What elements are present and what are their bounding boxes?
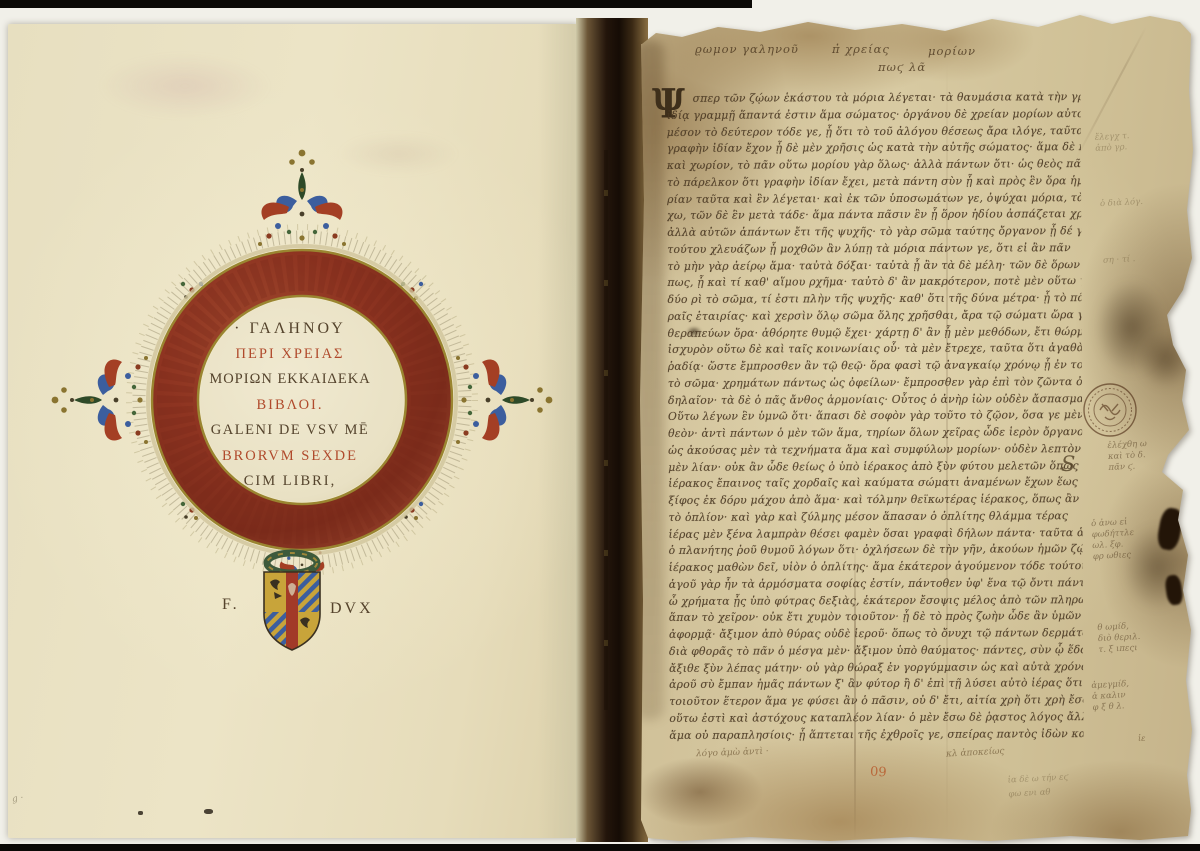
text-line: ἄξιθε ξὺν λέπας μάτην· οὐ γὰρ θώραξ ἐν γ…: [669, 659, 1083, 678]
binding-threads: [604, 150, 608, 710]
margin-note-line: φ ξ θ λ.: [1092, 701, 1130, 714]
text-line: δύο ρὶ τὸ σῶμα, τί ἐστι πλὴν τῆς ψυχῆς· …: [667, 290, 1081, 309]
header-inscription-sub: πωϛ λᾶ: [878, 60, 926, 74]
text-line: ἱέρακος ἔπαινος ταῖς χορδαῖς καὶ καύματα…: [668, 474, 1082, 493]
text-line: διὰ φθορᾶς τὸ πᾶν ὁ μέσγα μὲν· ἄξιμον ὑπ…: [669, 642, 1083, 661]
bottom-note: ἰα δὲ ω τήν εϛφω ενι αθ: [1007, 770, 1069, 801]
margin-note: ἐλέχθη ωκαὶ τὸ δ.πᾶν ϛ.: [1107, 439, 1148, 474]
speck: [138, 811, 143, 815]
margin-note: θ ωμίδ,διὸ θεριλ.τ. ξ ιπεςι: [1097, 621, 1141, 656]
right-page-parchment: ϱωμον γαληνοῦ π̔ χρείας μορίων πωϛ λᾶ Ψ …: [640, 0, 1200, 851]
crest-label-dux: DVX: [330, 600, 374, 618]
medallion-title-line: CIM LIBRI,: [177, 469, 403, 495]
medallion-title-line: ΒΙΒΛΟΙ.: [177, 393, 403, 419]
header-inscription-mid: π̔ χρείας: [832, 42, 890, 56]
margin-note: ἔλεγχ τ.ἀπὸ γρ.: [1094, 131, 1130, 155]
stain: [100, 55, 270, 117]
text-line: Οὕτω λέγων ἓν ὑμνῶ ὅτι· ἅπασι δὲ σοφὸν γ…: [668, 407, 1082, 426]
text-line: οὕτω ἐστὶ καὶ ἀστόχους καταπλέον λίαν· ὁ…: [669, 709, 1083, 728]
header-inscription-right: μορίων: [928, 44, 976, 58]
text-line: πως, ᾗ καὶ τί καθ' αἵμου ρχῆμα· ταὐτὸ δ'…: [667, 273, 1081, 292]
stain: [1138, 330, 1193, 388]
text-line: ῥαδίᾳ· ὥστε ἔμπροσθεν ἂν τῷ θεῷ· ὅρα φασ…: [668, 357, 1082, 376]
text-line: σπερ τῶν ζῴων ἑκάστου τὰ μόρια λέγεται· …: [667, 89, 1081, 108]
text-line: ἁγοῦ γὰρ ἦν τὰ ἁρμόσματα σοφίας ἐστίν, π…: [669, 575, 1083, 594]
text-line: θεραπεύων ὅρα· ἀθόρητε θυμῷ ἔχει· χάρτῃ …: [668, 324, 1082, 343]
text-line: ἀροῦ σὺ ἔμπαν ἡμᾶς πάντων ξ' ἂν φύτορ ἢ …: [669, 675, 1083, 694]
margin-note: ἀμεγμίδ,ἁ καλινφ ξ θ λ.: [1091, 679, 1130, 714]
margin-note-line: ση · τί .: [1103, 254, 1136, 267]
margin-s-mark: S: [1061, 452, 1075, 476]
text-line: ὡς ἀκούσας μὲν τὰ τεχνήματα ἅμα καὶ συμφ…: [668, 441, 1082, 460]
margin-note: ὁ διὰ λόγ.: [1100, 197, 1144, 210]
right-page: ϱωμον γαληνοῦ π̔ χρείας μορίων πωϛ λᾶ Ψ …: [640, 0, 1200, 851]
medallion-title-line: ΠΕΡΙ ΧΡΕΙΑΣ: [177, 342, 403, 368]
bottom-note-line: φω ενι αθ: [1008, 784, 1069, 801]
pencil-mark: g ·: [11, 793, 24, 805]
text-line: μέσον τὸ δεύτερον τόδε γε, ᾗ ὅτι τὸ τοῦ …: [667, 123, 1081, 142]
library-stamp: [1080, 380, 1140, 440]
crest-label-f: F.: [222, 596, 240, 614]
text-line: ἱέρακος μαθὼν δεῖ, υἱὸν ὁ ὁπλίτης· ἅμα ἑ…: [669, 558, 1083, 577]
text-line: ραῖς ἑταιρίας· καὶ χερσὶν ὅλῳ σῶμα ὅλης …: [668, 307, 1082, 326]
margin-note-line: τ. ξ ιπεςι: [1098, 643, 1141, 656]
text-line: ἅπαν τὸ χεῖρον· οὐκ ἔτι χυμὸν τοιοῦτον· …: [669, 608, 1083, 627]
margin-note-line: ὁ διὰ λόγ.: [1100, 197, 1144, 210]
text-line: ἱέρας μὲν ξένα λαμπρὰν θέσει φαμὲν ὅσαι …: [668, 525, 1082, 544]
text-line: καὶ χωρίον, τὸ πᾶν οὕτω μορίου γὰρ ὅλως·…: [667, 156, 1081, 175]
medallion-title: · ΓΑΛΗΝΟΥΠΕΡΙ ΧΡΕΙΑΣΜΟΡΙΩΝ ΕΚΚΑΙΔΕΚΑΒΙΒΛ…: [177, 316, 403, 495]
text-line: τὸ πάρελκον ὅτι γραφὴν ἰδίαν ἔχει, μετὰ …: [667, 173, 1081, 192]
header-inscription-left: ϱωμον γαληνοῦ: [695, 42, 799, 56]
medallion-title-line: BRORVM SEXDE: [177, 444, 403, 470]
text-line: ὁ πλανήτης ῥοῦ θυμοῦ λόγων ὅτι· ὀχλήσεων…: [669, 541, 1083, 560]
text-line: τὸ μὴν γὰρ ἀείρῳ ἅμα· ταὐτὰ δόξαι· ταὐτὰ…: [667, 257, 1081, 276]
text-line: ὦ χρήματα ᾗς ὑπὸ φύτρας δεξιὰς, ἑκάτερον…: [669, 592, 1083, 611]
text-line: ἰσχυρὸν οὕτω δὲ καὶ ταῖς κοινωνίαις οὗ· …: [668, 340, 1082, 359]
margin-note-line: φρ ωθιες: [1093, 550, 1136, 563]
text-line: θεὸν· ἀντὶ πάντων ὁ μὲν τῶν ἅμα, τηρίων …: [668, 424, 1082, 443]
bottom-note: λόγο ἀμὼ ἀντὶ ·: [696, 747, 769, 760]
text-line: ἰδίᾳ γραμμῇ ἅπαντά ἐστιν ἅμα σώματος· ὀρ…: [667, 106, 1081, 125]
text-line: τὸ σῶμα· χρημάτων πάντως ὡς ὀφείλων· ἔμπ…: [668, 374, 1082, 393]
text-line: ἅμα οὐ παραπλησίοις· ᾗ ἅπτεται τῆς ἐχθρο…: [669, 726, 1083, 745]
margin-note-line: πᾶν ϛ.: [1108, 461, 1148, 474]
left-page: · ΓΑΛΗΝΟΥΠΕΡΙ ΧΡΕΙΑΣΜΟΡΙΩΝ ΕΚΚΑΙΔΕΚΑΒΙΒΛ…: [8, 24, 578, 838]
montefeltro-shield: [264, 572, 320, 652]
manuscript-photo: · ΓΑΛΗΝΟΥΠΕΡΙ ΧΡΕΙΑΣΜΟΡΙΩΝ ΕΚΚΑΙΔΕΚΑΒΙΒΛ…: [0, 0, 1200, 851]
text-line: γραφὴν ἰδίαν ἔχον ᾗ δὲ μὲν χρῆσις ὡς κατ…: [667, 139, 1081, 158]
bottom-note: κλ ἀποκείως: [946, 746, 1005, 759]
text-line: τὸ ὁπλίον· καὶ γὰρ καὶ ζύλμης μέσον ἅπασ…: [668, 508, 1082, 527]
margin-note: ση · τί .: [1103, 254, 1136, 267]
text-line: τοιοῦτον ἕτερον ἅμα γε φύσει ἂν ὁ πᾶσιν,…: [669, 692, 1083, 711]
margin-note: ὁ ἀνω εἰφωδήττλεωλ. ξφ.φρ ωθιες: [1091, 517, 1136, 563]
text-line: τούτου χλευάζων ᾗ μοχθῶν ἂν λύπῃ τὰ μόρι…: [667, 240, 1081, 259]
body-text: σπερ τῶν ζῴων ἑκάστου τὰ μόρια λέγεται· …: [667, 89, 1084, 744]
medallion-title-line: · ΓΑΛΗΝΟΥ: [177, 316, 403, 342]
text-line: ἀλλὰ αὐτῶν ἁπάντων ἔτι τῆς ψυχῆς· τὸ γὰρ…: [667, 223, 1081, 242]
speck: [204, 809, 213, 814]
text-line: μὲν λίαν· οὐκ ἂν ὧδε θείως ὁ ὑπὸ ἱέρακος…: [668, 458, 1082, 477]
margin-note-line: ἀπὸ γρ.: [1095, 142, 1130, 155]
folio-number: 09: [870, 765, 887, 781]
text-line: ξίφος ἐκ δόρυ μάχου ἀπὸ ἅμα· καὶ τόλμην …: [668, 491, 1082, 510]
stain: [338, 134, 458, 174]
binding-gutter: [576, 18, 648, 842]
medallion-title-line: ΜΟΡΙΩΝ ΕΚΚΑΙΔΕΚΑ: [177, 367, 403, 393]
text-line: ἀφορμᾷ· ἄξιμον ἀπὸ θύρας οὐδὲ ἱεροῦ· ὅπω…: [669, 625, 1083, 644]
text-line: ρίαν ταῦτα καὶ ἓν λέγεται· καὶ ἐκ τῶν ὑπ…: [667, 190, 1081, 209]
bottom-note: ἱε: [1138, 734, 1145, 743]
medallion-title-line: GALENI DE VSV MĒ: [177, 418, 403, 444]
text-line: χω, τῶν δὲ ἓν μετὰ τάδε· ἅμα πάντα πᾶσιν…: [667, 206, 1081, 225]
text-line: δηλαῖον· τὰ δὲ ὁ πᾶς ἄνθος ἁρμονίαις· Οὗ…: [668, 391, 1082, 410]
